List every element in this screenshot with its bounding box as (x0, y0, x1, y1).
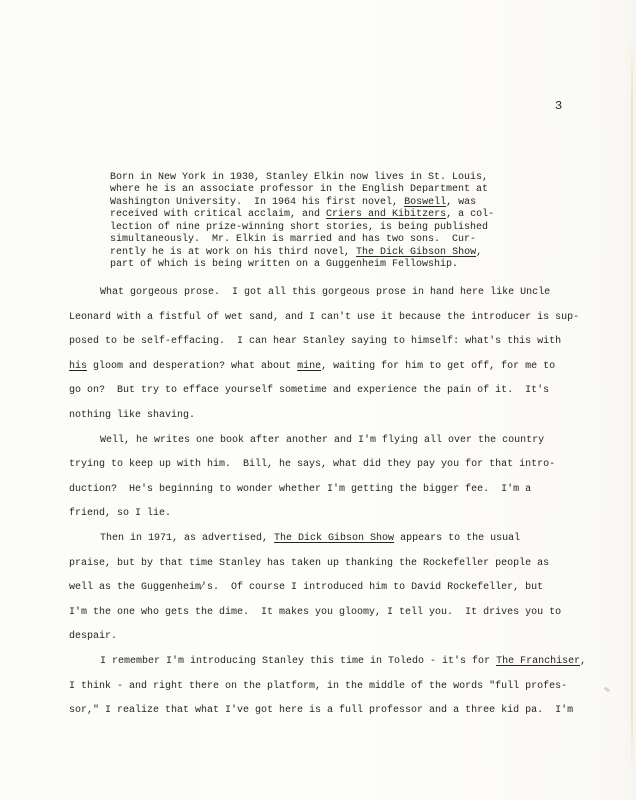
text-segment: I remember I'm introducing Stanley this … (100, 656, 496, 667)
text-line: I'm the one who gets the dime. It makes … (69, 601, 586, 626)
text-line: I think - and right there on the platfor… (69, 675, 586, 700)
scan-speck (604, 687, 611, 693)
text-line: despair. (69, 625, 586, 650)
text-line: posed to be self-effacing. I can hear St… (69, 330, 586, 355)
text-line: praise, but by that time Stanley has tak… (69, 552, 586, 577)
document-body: What gorgeous prose. I got all this gorg… (69, 281, 586, 724)
text-segment: friend, so I lie. (69, 508, 171, 519)
text-line: well as the Guggenheim's. Of course I in… (69, 576, 586, 601)
text-line: lection of nine prize-winning short stor… (110, 222, 494, 234)
text-line: his gloom and desperation? what about mi… (69, 355, 586, 380)
paragraph: I remember I'm introducing Stanley this … (69, 650, 586, 724)
underlined-title: his (69, 361, 87, 372)
text-line: friend, so I lie. (69, 502, 586, 527)
text-line: Leonard with a fistful of wet sand, and … (69, 306, 586, 331)
paragraph: Well, he writes one book after another a… (69, 429, 586, 527)
text-line: duction? He's beginning to wonder whethe… (69, 478, 586, 503)
text-segment: well as the Guggenheim (69, 582, 201, 593)
underlined-title: Boswell (404, 197, 446, 208)
text-segment: Washington University. In 1964 his first… (110, 197, 404, 208)
text-segment: , waiting for him to get off, for me to (321, 361, 555, 372)
text-line: sor," I realize that what I've got here … (69, 699, 586, 724)
text-segment: Well, he writes one book after another a… (100, 435, 544, 446)
underlined-title: The Dick Gibson Show (356, 247, 476, 258)
paragraph: Then in 1971, as advertised, The Dick Gi… (69, 527, 586, 650)
underlined-title: The Dick Gibson Show (274, 533, 394, 544)
text-segment: despair. (69, 631, 117, 642)
text-segment: , a col- (446, 209, 494, 220)
text-segment: Then in 1971, as advertised, (100, 533, 274, 544)
biography-blockquote: Born in New York in 1930, Stanley Elkin … (110, 172, 494, 272)
text-line: trying to keep up with him. Bill, he say… (69, 453, 586, 478)
text-segment: appears to the usual (394, 533, 520, 544)
text-line: Well, he writes one book after another a… (69, 429, 586, 454)
text-segment: nothing like shaving. (69, 410, 195, 421)
scan-edge-artifact (631, 40, 633, 770)
text-segment: , (476, 247, 482, 258)
overstruck-char: ' (201, 576, 207, 601)
text-segment: praise, but by that time Stanley has tak… (69, 558, 549, 569)
text-segment: Leonard with a fistful of wet sand, and … (69, 312, 579, 323)
text-line: Washington University. In 1964 his first… (110, 197, 494, 209)
text-segment: simultaneously. Mr. Elkin is married and… (110, 234, 476, 245)
text-segment: I'm the one who gets the dime. It makes … (69, 607, 561, 618)
text-segment: , was (446, 197, 476, 208)
text-segment: sor," I realize that what I've got here … (69, 705, 573, 716)
text-segment: Born in New York in 1930, Stanley Elkin … (110, 172, 488, 183)
text-segment: I think - and right there on the platfor… (69, 681, 567, 692)
text-segment: trying to keep up with him. Bill, he say… (69, 459, 555, 470)
underlined-title: Criers and Kibitzers (326, 209, 446, 220)
text-line: part of which is being written on a Gugg… (110, 259, 494, 271)
text-line: nothing like shaving. (69, 404, 586, 429)
text-segment: received with critical acclaim, and (110, 209, 326, 220)
text-segment: part of which is being written on a Gugg… (110, 259, 458, 270)
text-segment: , (580, 656, 586, 667)
text-segment: posed to be self-effacing. I can hear St… (69, 336, 561, 347)
text-segment: go on? But try to efface yourself someti… (69, 385, 549, 396)
text-line: go on? But try to efface yourself someti… (69, 379, 586, 404)
text-line: received with critical acclaim, and Crie… (110, 209, 494, 221)
text-segment: rently he is at work on his third novel, (110, 247, 356, 258)
text-line: rently he is at work on his third novel,… (110, 247, 494, 259)
text-line: What gorgeous prose. I got all this gorg… (69, 281, 586, 306)
text-line: simultaneously. Mr. Elkin is married and… (110, 234, 494, 246)
text-segment: where he is an associate professor in th… (110, 184, 488, 195)
page-number: 3 (555, 99, 563, 113)
underlined-title: The Franchiser (496, 656, 580, 667)
text-line: I remember I'm introducing Stanley this … (69, 650, 586, 675)
text-line: where he is an associate professor in th… (110, 184, 494, 196)
typescript-page: 3 Born in New York in 1930, Stanley Elki… (0, 0, 636, 800)
text-segment: What gorgeous prose. I got all this gorg… (100, 287, 550, 298)
text-line: Then in 1971, as advertised, The Dick Gi… (69, 527, 586, 552)
text-segment: s. Of course I introduced him to David R… (207, 582, 543, 593)
text-segment: lection of nine prize-winning short stor… (110, 222, 488, 233)
paragraph: What gorgeous prose. I got all this gorg… (69, 281, 586, 429)
text-line: Born in New York in 1930, Stanley Elkin … (110, 172, 494, 184)
underlined-title: mine (297, 361, 321, 372)
text-segment: gloom and desperation? what about (87, 361, 297, 372)
text-segment: duction? He's beginning to wonder whethe… (69, 484, 531, 495)
